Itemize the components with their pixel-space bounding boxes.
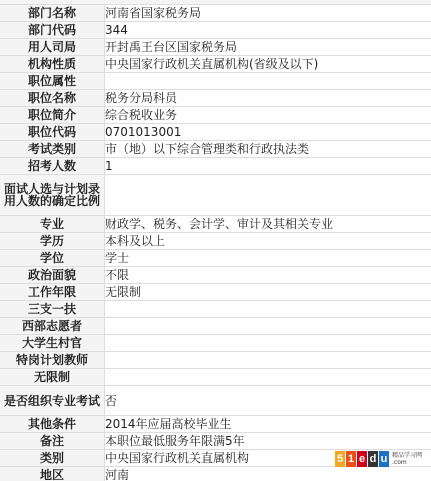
row-label-three-supports: 三支一扶 [0, 301, 105, 318]
row-value-village-official [105, 335, 431, 352]
table-row: 备注本职位最低服务年限满5年 [0, 433, 431, 450]
table-row: 特岗计划教师 [0, 352, 431, 369]
table-row: 职位代码0701013001 [0, 124, 431, 141]
row-value-position-name: 税务分局科员 [105, 90, 431, 107]
row-label-professional-exam: 是否组织专业考试 [0, 386, 105, 416]
row-value-exam-category: 市（地）以下综合管理类和行政执法类 [105, 141, 431, 158]
row-value-recruit-count: 1 [105, 158, 431, 175]
row-label-position-intro: 职位简介 [0, 107, 105, 124]
row-label-village-official: 大学生村官 [0, 335, 105, 352]
row-label-no-restriction: 无限制 [0, 369, 105, 386]
row-value-region: 河南 [105, 467, 431, 481]
table-row: 三支一扶 [0, 301, 431, 318]
position-info-table: 部门名称河南省国家税务局 部门代码344 用人司局开封禹王台区国家税务局 机构性… [0, 5, 431, 481]
row-value-position-code: 0701013001 [105, 124, 431, 141]
table-row: 工作年限无限制 [0, 284, 431, 301]
row-label-recruit-count: 招考人数 [0, 158, 105, 175]
watermark-letter: u [379, 451, 389, 467]
watermark-tagline: 精品学习网 .com [392, 452, 422, 466]
table-row: 考试类别市（地）以下综合管理类和行政执法类 [0, 141, 431, 158]
row-label-exam-category: 考试类别 [0, 141, 105, 158]
row-label-political-status: 政治面貌 [0, 267, 105, 284]
row-label-western-volunteer: 西部志愿者 [0, 318, 105, 335]
row-value-department-name: 河南省国家税务局 [105, 5, 431, 22]
table-row: 政治面貌不限 [0, 267, 431, 284]
table-row: 面试人选与计划录用人数的确定比例 [0, 175, 431, 216]
row-label-region: 地区 [0, 467, 105, 481]
table-row: 用人司局开封禹王台区国家税务局 [0, 39, 431, 56]
row-value-interview-ratio [105, 175, 431, 216]
row-value-hiring-bureau: 开封禹王台区国家税务局 [105, 39, 431, 56]
row-value-work-years: 无限制 [105, 284, 431, 301]
watermark-letter: e [357, 451, 367, 467]
row-value-position-attribute [105, 73, 431, 90]
row-value-position-intro: 综合税收业务 [105, 107, 431, 124]
row-value-department-code: 344 [105, 22, 431, 39]
row-value-remarks: 本职位最低服务年限满5年 [105, 433, 431, 450]
row-label-major: 专业 [0, 216, 105, 233]
row-label-department-name: 部门名称 [0, 5, 105, 22]
row-label-remarks: 备注 [0, 433, 105, 450]
row-label-interview-ratio: 面试人选与计划录用人数的确定比例 [0, 175, 105, 216]
row-label-special-teacher: 特岗计划教师 [0, 352, 105, 369]
row-label-degree: 学位 [0, 250, 105, 267]
row-label-department-code: 部门代码 [0, 22, 105, 39]
table-row: 大学生村官 [0, 335, 431, 352]
table-row: 地区河南 [0, 467, 431, 481]
table-row: 机构性质中央国家行政机关直属机构(省级及以下) [0, 56, 431, 73]
row-value-education: 本科及以上 [105, 233, 431, 250]
row-value-major: 财政学、税务、会计学、审计及其相关专业 [105, 216, 431, 233]
table-row: 部门代码344 [0, 22, 431, 39]
row-value-western-volunteer [105, 318, 431, 335]
table-row: 其他条件2014年应届高校毕业生 [0, 416, 431, 433]
row-label-work-years: 工作年限 [0, 284, 105, 301]
row-value-political-status: 不限 [105, 267, 431, 284]
table-row: 职位属性 [0, 73, 431, 90]
row-value-degree: 学士 [105, 250, 431, 267]
row-label-position-attribute: 职位属性 [0, 73, 105, 90]
row-value-three-supports [105, 301, 431, 318]
row-label-other-conditions: 其他条件 [0, 416, 105, 433]
row-label-position-name: 职位名称 [0, 90, 105, 107]
table-row: 专业财政学、税务、会计学、审计及其相关专业 [0, 216, 431, 233]
watermark-letter: 5 [335, 451, 345, 467]
row-label-position-code: 职位代码 [0, 124, 105, 141]
table-row: 是否组织专业考试否 [0, 386, 431, 416]
row-label-education: 学历 [0, 233, 105, 250]
row-label-org-nature: 机构性质 [0, 56, 105, 73]
table-row: 部门名称河南省国家税务局 [0, 5, 431, 22]
watermark-letter: 1 [346, 451, 356, 467]
site-watermark-logo: 5 1 e d u 精品学习网 .com [335, 451, 422, 467]
row-label-hiring-bureau: 用人司局 [0, 39, 105, 56]
row-value-org-nature: 中央国家行政机关直属机构(省级及以下) [105, 56, 431, 73]
table-row: 学位学士 [0, 250, 431, 267]
row-value-special-teacher [105, 352, 431, 369]
row-value-no-restriction [105, 369, 431, 386]
watermark-tagline-text: 精品学习网 [392, 452, 422, 459]
table-row: 职位名称税务分局科员 [0, 90, 431, 107]
table-row: 学历本科及以上 [0, 233, 431, 250]
row-value-professional-exam: 否 [105, 386, 431, 416]
table-row: 职位简介综合税收业务 [0, 107, 431, 124]
watermark-letter: d [368, 451, 378, 467]
table-row: 西部志愿者 [0, 318, 431, 335]
table-row: 无限制 [0, 369, 431, 386]
row-label-category: 类别 [0, 450, 105, 467]
table-row: 招考人数1 [0, 158, 431, 175]
row-value-other-conditions: 2014年应届高校毕业生 [105, 416, 431, 433]
watermark-suffix: .com [392, 459, 407, 466]
